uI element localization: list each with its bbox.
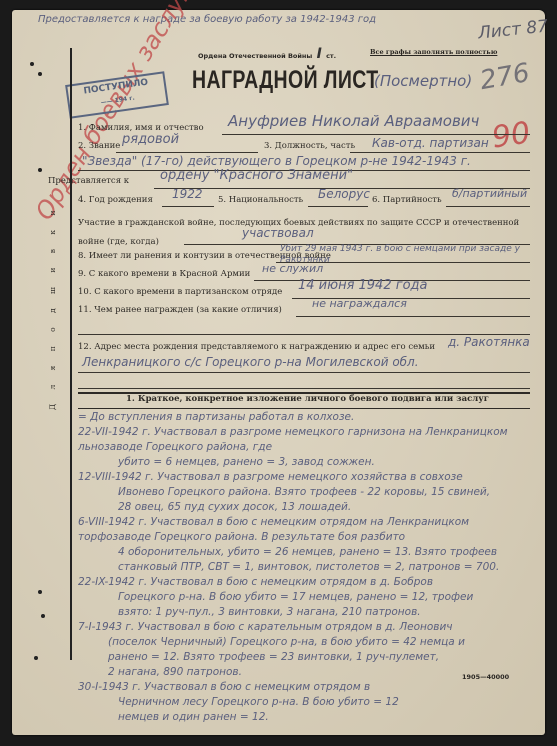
- story-line: убито = 6 немцев, ранено = 3, завод сожж…: [78, 455, 538, 470]
- page-title: НАГРАДНОЙ ЛИСТ: [192, 66, 379, 95]
- presented-value: ордену "Красного Знамени": [160, 168, 353, 183]
- field-11-value: не награждался: [312, 297, 407, 310]
- header-order: Ордена Отечественной Войны I ст.: [198, 46, 336, 62]
- title-note: (Посмертно): [374, 72, 472, 90]
- corner-sheet-number: Лист 87: [477, 16, 549, 43]
- story-line: Ивонево Горецкого района. Взято трофеев …: [78, 485, 538, 500]
- margin-line: [70, 48, 72, 660]
- corner-grey-number: 276: [478, 58, 532, 96]
- field-1-value: Ануфриев Николай Авраамович: [228, 112, 479, 130]
- story-line: 4 оборонительных, убито = 26 немцев, ран…: [78, 545, 538, 560]
- field-6-value: б/партийный: [452, 187, 527, 200]
- story-line: = До вступления в партизаны работал в ко…: [78, 410, 538, 425]
- field-11-label: 11. Чем ранее награжден (за какие отличи…: [78, 305, 282, 315]
- field-10-label: 10. С какого времени в партизанском отря…: [78, 287, 282, 297]
- print-mark: 1905—40000: [462, 673, 509, 681]
- margin-vertical-text: Д л я п о д ш и в к и: [48, 205, 57, 410]
- received-stamp: ПОСТУПИЛО —— 194 г.: [65, 71, 169, 119]
- story-line: Горецкого р-на. В бою убито = 17 немцев,…: [78, 590, 538, 605]
- story-line: 22-VII-1942 г. Участвовал в разгроме нем…: [78, 425, 538, 455]
- field-6-label: 6. Партийность: [372, 195, 442, 205]
- story-line: станковый ПТР, СВТ = 1, винтовок, пистол…: [78, 560, 538, 575]
- field-7-value: участвовал: [242, 226, 314, 240]
- top-handwritten-note: Предоставляется к награде за боевую рабо…: [38, 14, 376, 25]
- story-line: немцев и один ранен = 12.: [78, 710, 538, 725]
- field-5-label: 5. Национальность: [218, 195, 303, 205]
- field-9-value: не служил: [262, 262, 323, 275]
- story-line: 22-IX-1942 г. Участвовал в бою с немецки…: [78, 575, 538, 590]
- field-10-value: 14 июня 1942 года: [298, 278, 427, 293]
- award-sheet: Предоставляется к награде за боевую рабо…: [12, 10, 545, 735]
- story-line: 6-VIII-1942 г. Участвовал в бою с немецк…: [78, 515, 538, 545]
- field-9-label: 9. С какого времени в Красной Армии: [78, 269, 250, 279]
- header-degree: I: [317, 46, 322, 62]
- story-line: Черничном лесу Горецкого р-на. В бою уби…: [78, 695, 538, 710]
- story-line: 28 овец, 65 пуд сухих досок, 13 лошадей.: [78, 500, 538, 515]
- field-4-value: 1922: [172, 187, 203, 201]
- story-line: взято: 1 руч-пул., 3 винтовки, 3 нагана,…: [78, 605, 538, 620]
- field-5-value: Белорус: [318, 187, 370, 201]
- field-4-label: 4. Год рождения: [78, 195, 153, 205]
- header-fill-note: Все графы заполнять полностью: [370, 48, 497, 56]
- presented-label: Представляется к: [48, 176, 129, 186]
- story-line: (поселок Черничный) Горецкого р-на, в бо…: [78, 635, 538, 650]
- story-line: 30-I-1943 г. Участвовал в бою с немецким…: [78, 680, 538, 695]
- field-12-value: д. Ракотянка Ленкраницкого с/с Горецкого…: [82, 332, 532, 372]
- story-line: 7-I-1943 г. Участвовал в бою с карательн…: [78, 620, 538, 635]
- story-line: ранено = 12. Взято трофеев = 23 винтовки…: [78, 650, 538, 665]
- story-line: 12-VIII-1942 г. Участвовал в разгроме не…: [78, 470, 538, 485]
- section-title: 1. Краткое, конкретное изложение личного…: [126, 394, 489, 404]
